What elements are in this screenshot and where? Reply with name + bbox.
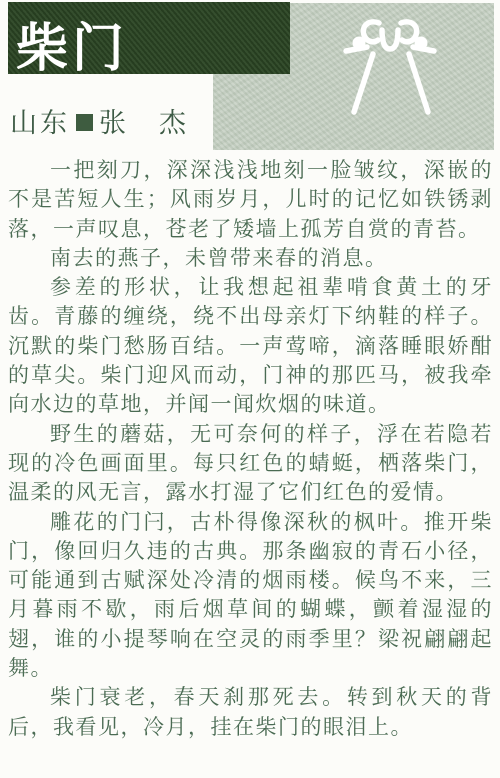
paragraph: 南去的燕子，未曾带来春的消息。: [8, 244, 493, 273]
page-title: 柴门: [16, 6, 128, 81]
paragraph: 参差的形状，让我想起祖辈啃食黄土的牙齿。青藤的缠绕，绕不出母亲灯下纳鞋的样子。沉…: [8, 273, 493, 419]
byline: 山东 张 杰: [10, 102, 300, 138]
byline-separator-square: [76, 114, 93, 131]
title-bar: 柴门: [8, 2, 290, 74]
byline-region: 山东: [10, 101, 70, 140]
article-body: 一把刻刀，深深浅浅地刻一脸皱纹，深嵌的不是苦短人生；风雨岁月，儿时的记忆如铁锈剥…: [8, 156, 493, 742]
paragraph: 野生的蘑菇，无可奈何的样子，浮在若隐若现的冷色画面里。每只红色的蜻蜓，栖落柴门，…: [8, 420, 493, 508]
paragraph: 一把刻刀，深深浅浅地刻一脸皱纹，深嵌的不是苦短人生；风雨岁月，儿时的记忆如铁锈剥…: [8, 156, 493, 244]
magazine-page: 柴门 山东 张 杰 一把刻刀，深深浅浅地刻一脸皱纹，深嵌的不是苦短人生；风雨岁月…: [0, 0, 500, 778]
byline-author: 张 杰: [99, 101, 189, 140]
paragraph: 柴门衰老，春天刹那死去。转到秋天的背后，我看见，冷月，挂在柴门的眼泪上。: [8, 683, 493, 742]
paragraph: 雕花的门闩，古朴得像深秋的枫叶。推开柴门，像回归久违的古典。那条幽寂的青石小径，…: [8, 508, 493, 684]
